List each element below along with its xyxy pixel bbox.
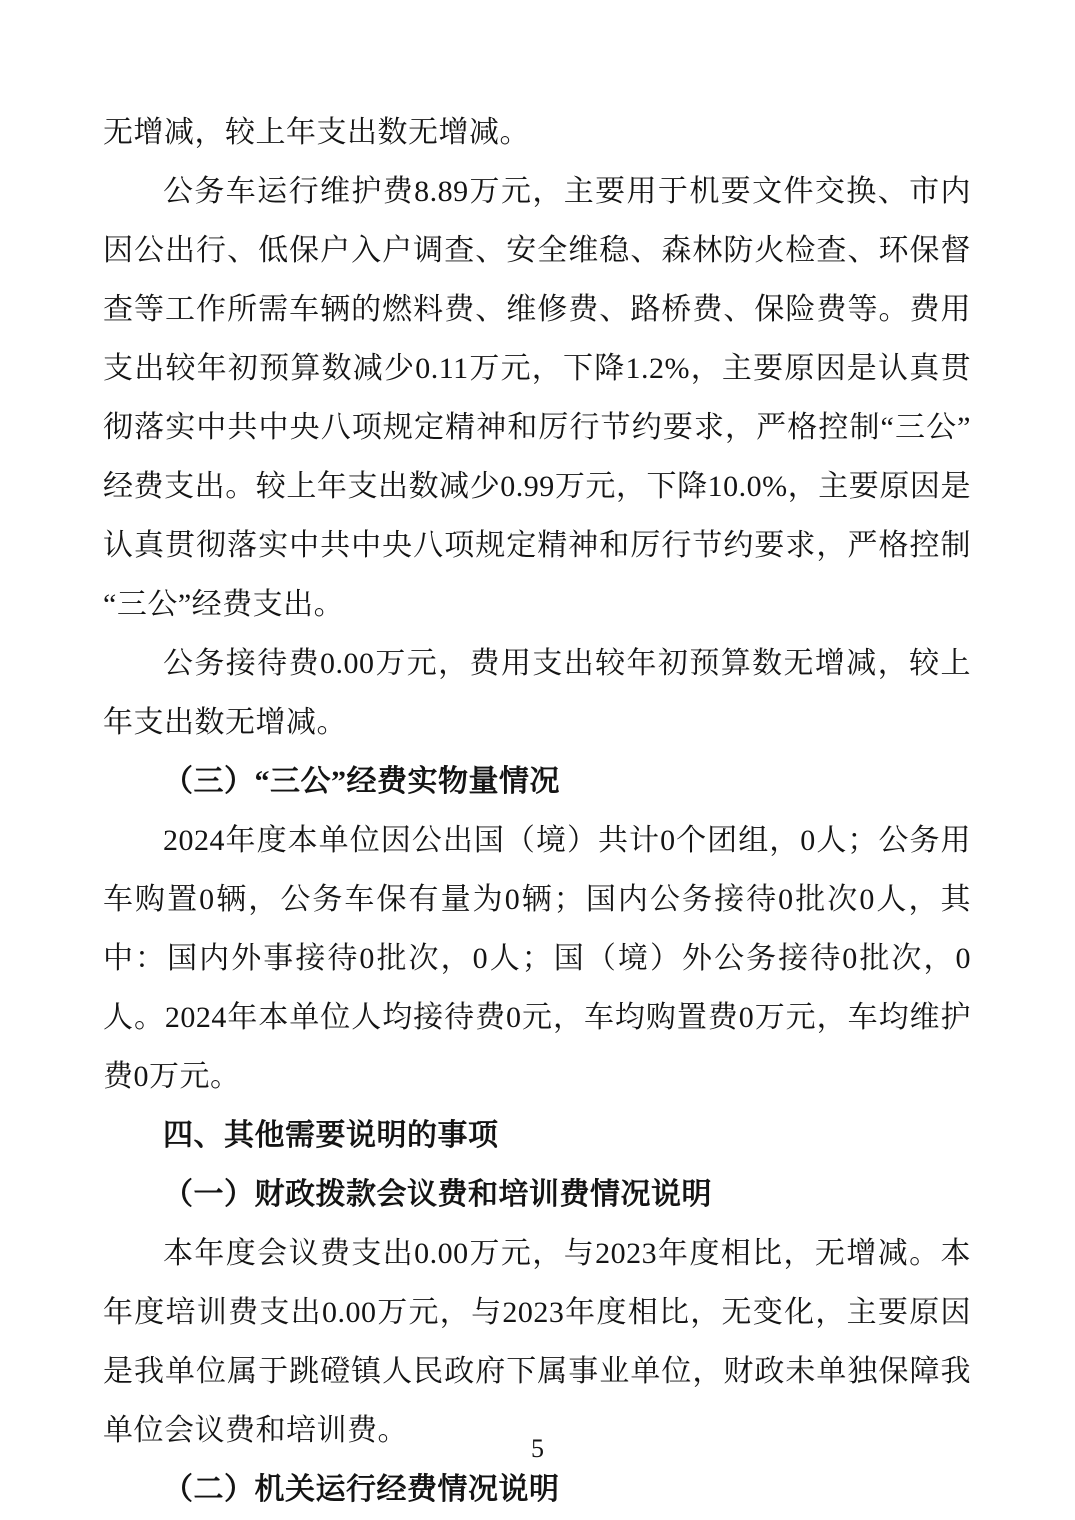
paragraph-physical-quantity-details: 2024年度本单位因公出国（境）共计0个团组，0人；公务用车购置0辆，公务车保有…	[103, 811, 971, 1106]
heading-meeting-and-training-fees: （一）财政拨款会议费和培训费情况说明	[103, 1165, 971, 1224]
heading-other-matters: 四、其他需要说明的事项	[103, 1106, 971, 1165]
document-body: 无增减，较上年支出数无增减。 公务车运行维护费8.89万元，主要用于机要文件交换…	[103, 103, 971, 1519]
paragraph-continuation: 无增减，较上年支出数无增减。	[103, 103, 971, 162]
document-page: 无增减，较上年支出数无增减。 公务车运行维护费8.89万元，主要用于机要文件交换…	[0, 0, 1075, 1520]
page-number: 5	[0, 1433, 1075, 1465]
paragraph-official-reception-fee: 公务接待费0.00万元，费用支出较年初预算数无增减，较上年支出数无增减。	[103, 634, 971, 752]
paragraph-meeting-training-details: 本年度会议费支出0.00万元，与2023年度相比，无增减。本年度培训费支出0.0…	[103, 1224, 971, 1460]
heading-agency-operating-funds: （二）机关运行经费情况说明	[103, 1460, 971, 1519]
paragraph-vehicle-maintenance-fee: 公务车运行维护费8.89万元，主要用于机要文件交换、市内因公出行、低保户入户调查…	[103, 162, 971, 634]
heading-three-public-physical-quantity: （三）“三公”经费实物量情况	[103, 752, 971, 811]
